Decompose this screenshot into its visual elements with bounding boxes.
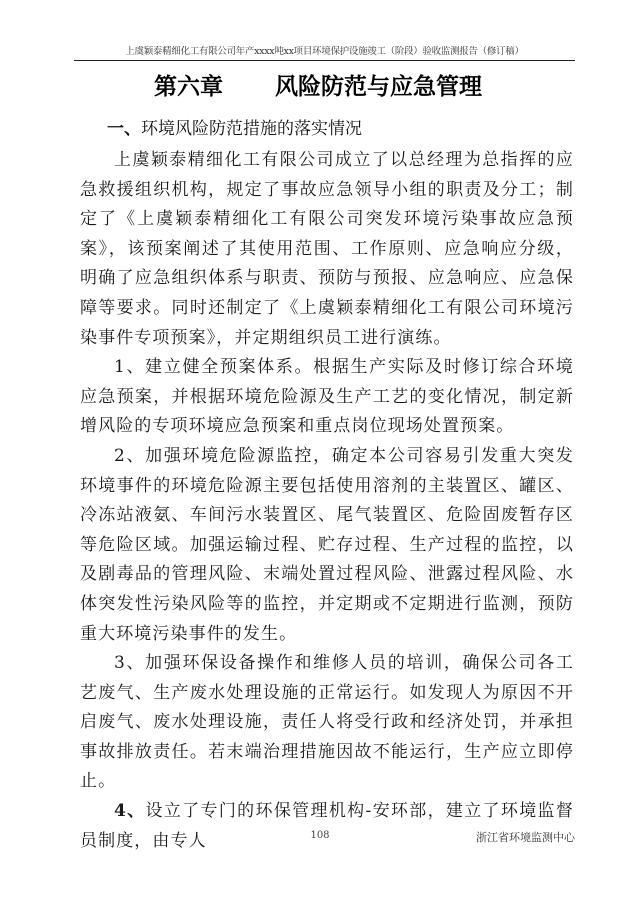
body-text: 上虞颖泰精细化工有限公司成立了以总经理为总指挥的应急救援组织机构，规定了事故应急… <box>80 146 574 856</box>
item-number: 1、 <box>114 357 145 377</box>
paragraph-text: 建立健全预案体系。根据生产实际及时修订综合环境应急预案，并根据环境危险源及生产工… <box>80 357 574 436</box>
page-number: 108 <box>300 830 340 841</box>
paragraph-item-3: 3、加强环保设备操作和维修人员的培训，确保公司各工艺废气、生产废水处理设施的正常… <box>80 649 574 797</box>
item-number: 4、 <box>114 801 146 821</box>
running-header-title: 上虞颖泰精细化工有限公司年产xxxx吨xx项目环境保护设施竣工（阶段）验收监测报… <box>125 46 523 57</box>
item-number: 3、 <box>114 653 145 673</box>
paragraph-item-2: 2、加强环境危险源监控，确定本公司容易引发重大突发环境事件的环境危险源主要包括使… <box>80 442 574 649</box>
section-marker: 一、 <box>107 119 141 139</box>
paragraph-intro: 上虞颖泰精细化工有限公司成立了以总经理为总指挥的应急救援组织机构，规定了事故应急… <box>80 146 574 353</box>
running-header: 上虞颖泰精细化工有限公司年产xxxx吨xx项目环境保护设施竣工（阶段）验收监测报… <box>74 46 575 61</box>
chapter-title: 第六章风险防范与应急管理 <box>0 70 636 104</box>
item-number: 2、 <box>114 446 145 466</box>
section-heading: 一、环境风险防范措施的落实情况 <box>107 117 362 141</box>
footer-organization: 浙江省环境监测中心 <box>476 829 575 845</box>
paragraph-text: 加强环境危险源监控，确定本公司容易引发重大突发环境事件的环境危险源主要包括使用溶… <box>80 446 574 644</box>
paragraph-text: 上虞颖泰精细化工有限公司成立了以总经理为总指挥的应急救援组织机构，规定了事故应急… <box>80 150 574 348</box>
paragraph-item-4: 4、设立了专门的环保管理机构-安环部，建立了环境监督员制度，由专人 <box>80 797 574 856</box>
section-title: 环境风险防范措施的落实情况 <box>141 119 362 139</box>
chapter-name: 风险防范与应急管理 <box>275 74 482 100</box>
paragraph-text: 加强环保设备操作和维修人员的培训，确保公司各工艺废气、生产废水处理设施的正常运行… <box>80 653 574 791</box>
paragraph-item-1: 1、建立健全预案体系。根据生产实际及时修订综合环境应急预案，并根据环境危险源及生… <box>80 353 574 442</box>
chapter-number: 第六章 <box>154 74 223 100</box>
